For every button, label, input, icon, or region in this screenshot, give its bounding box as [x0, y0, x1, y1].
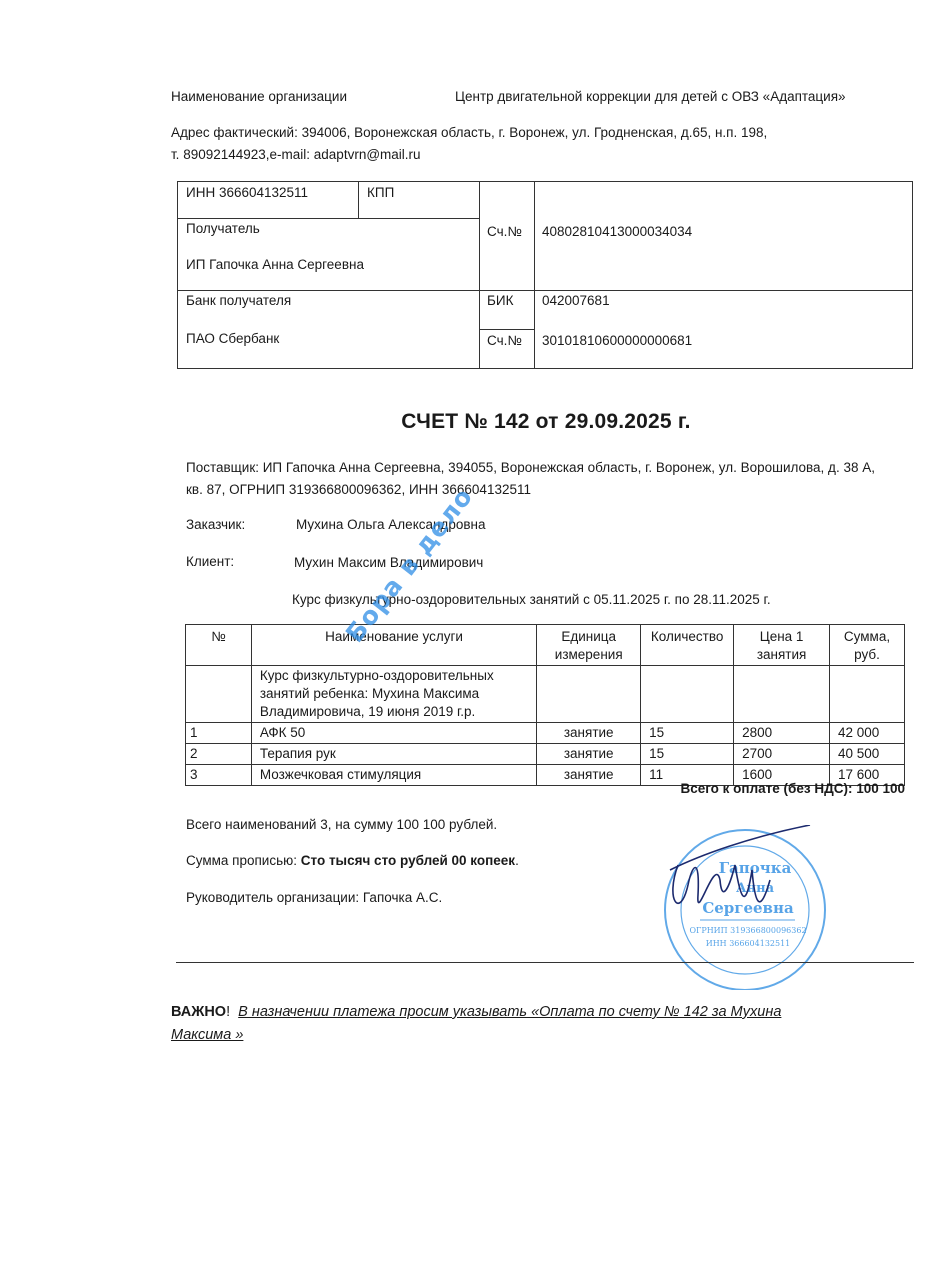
row-number: 1 — [186, 723, 252, 744]
row-sum: 40 500 — [830, 744, 905, 765]
recipient-name: ИП Гапочка Анна Сергеевна — [186, 257, 364, 272]
corr-account-label: Сч.№ — [487, 333, 522, 348]
unit: занятие — [537, 765, 641, 786]
account-label: Сч.№ — [487, 224, 522, 239]
col-header-service: Наименование услуги — [251, 625, 536, 666]
service-name: Мозжечковая стимуляция — [251, 765, 536, 786]
col-header-unit: Единица измерения — [537, 625, 641, 666]
row-sum: 42 000 — [830, 723, 905, 744]
row-number: 2 — [186, 744, 252, 765]
items-total: Всего наименований 3, на сумму 100 100 р… — [186, 817, 497, 832]
price: 2800 — [734, 723, 830, 744]
org-name: Центр двигательной коррекции для детей с… — [455, 89, 846, 104]
address-line-1: Адрес фактический: 394006, Воронежская о… — [171, 125, 767, 140]
client-label: Клиент: — [186, 554, 234, 569]
quantity: 15 — [641, 744, 734, 765]
col-header-quantity: Количество — [641, 625, 734, 666]
service-name: АФК 50 — [251, 723, 536, 744]
bank-details-table: ИНН 366604132511 КПП Получатель ИП Гапоч… — [177, 181, 913, 369]
recipient-label: Получатель — [186, 221, 260, 236]
sum-in-words: Сумма прописью: Сто тысяч сто рублей 00 … — [186, 853, 519, 868]
divider-line — [176, 962, 914, 963]
service-description: Курс физкультурно-оздоровительных заняти… — [251, 666, 536, 723]
col-header-price: Цена 1 занятия — [734, 625, 830, 666]
supplier-line-1: Поставщик: ИП Гапочка Анна Сергеевна, 39… — [186, 460, 875, 475]
important-notice-cont: Максима » — [171, 1027, 243, 1043]
stamp-ogrnip: ОГРНИП 319366800096362 — [689, 926, 806, 935]
services-table: № Наименование услуги Единица измерения … — [185, 624, 905, 786]
table-header-row: № Наименование услуги Единица измерения … — [186, 625, 905, 666]
kpp-label: КПП — [367, 185, 394, 200]
row-number: 3 — [186, 765, 252, 786]
total-to-pay: Всего к оплате (без НДС): 100 100 — [680, 781, 905, 796]
quantity: 15 — [641, 723, 734, 744]
inn: ИНН 366604132511 — [186, 185, 308, 200]
stamp-seal: Гапочка Анна Сергеевна ОГРНИП 3193668000… — [660, 825, 830, 990]
important-label: ВАЖНО — [171, 1004, 226, 1020]
bik-value: 042007681 — [542, 293, 610, 308]
col-header-number: № — [186, 625, 252, 666]
service-name: Терапия рук — [251, 744, 536, 765]
price: 2700 — [734, 744, 830, 765]
stamp-name-1: Гапочка — [719, 859, 792, 877]
org-label: Наименование организации — [171, 89, 347, 104]
customer-label: Заказчик: — [186, 517, 245, 532]
organization-head: Руководитель организации: Гапочка А.С. — [186, 890, 442, 905]
important-notice: ВАЖНО! В назначении платежа просим указы… — [171, 1004, 781, 1020]
stamp-name-3: Сергеевна — [702, 899, 794, 917]
bik-label: БИК — [487, 293, 513, 308]
corr-account-number: 30101810600000000681 — [542, 333, 692, 348]
supplier-line-2: кв. 87, ОГРНИП 319366800096362, ИНН 3666… — [186, 482, 531, 497]
bank-name: ПАО Сбербанк — [186, 331, 279, 346]
table-row: 1 АФК 50занятие15280042 000 — [186, 723, 905, 744]
important-text-1: В назначении платежа просим указывать «О… — [238, 1004, 781, 1020]
important-text-2: Максима » — [171, 1027, 243, 1043]
sum-in-words-label: Сумма прописью: — [186, 853, 301, 868]
unit: занятие — [537, 723, 641, 744]
table-description-row: Курс физкультурно-оздоровительных заняти… — [186, 666, 905, 723]
address-line-2: т. 89092144923,e-mail: adaptvrn@mail.ru — [171, 147, 421, 162]
table-row: 2Терапия рукзанятие15270040 500 — [186, 744, 905, 765]
col-header-sum: Сумма, руб. — [830, 625, 905, 666]
bank-label: Банк получателя — [186, 293, 291, 308]
sum-in-words-value: Сто тысяч сто рублей 00 копеек — [301, 853, 515, 868]
stamp-inn: ИНН 366604132511 — [706, 939, 791, 948]
account-number: 40802810413000034034 — [542, 224, 692, 239]
invoice-title: СЧЕТ № 142 от 29.09.2025 г. — [0, 410, 930, 434]
unit: занятие — [537, 744, 641, 765]
